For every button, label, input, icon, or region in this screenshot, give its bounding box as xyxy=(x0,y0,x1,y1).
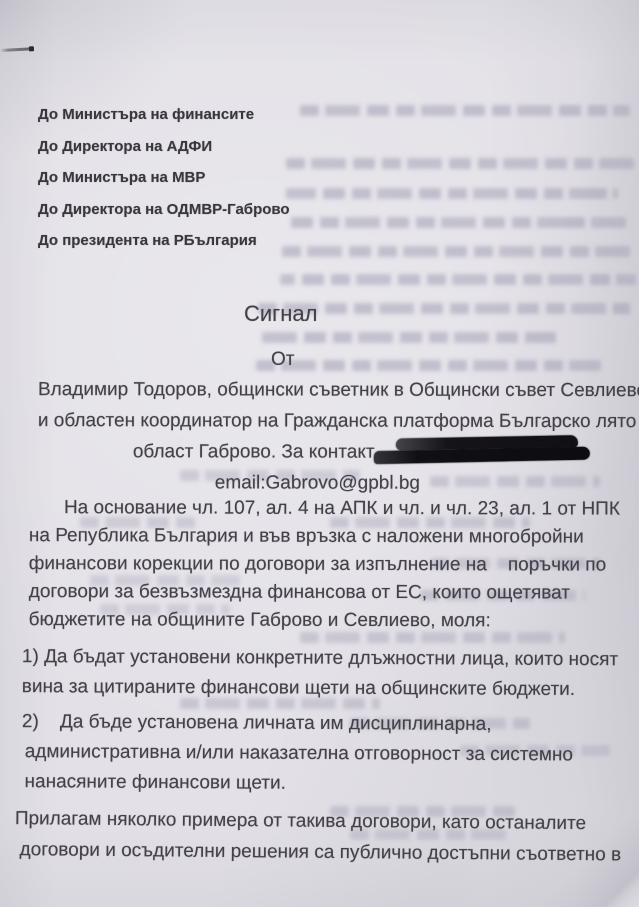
sender-paragraph: Владимир Тодоров, общински съветник в Об… xyxy=(0,374,639,499)
staple-mark xyxy=(0,47,33,51)
legal-line: На основание чл. 107, ал. 4 на АПК и чл.… xyxy=(0,494,639,524)
recipient-line: До Директора на ОДМВР-Габрово xyxy=(0,194,639,226)
redaction-mark xyxy=(378,443,590,459)
sender-line: Владимир Тодоров, общински съветник в Об… xyxy=(0,374,639,406)
request-line: 2) Да бъде установена личната им дисципл… xyxy=(0,707,639,741)
ghost-text-line xyxy=(257,332,557,343)
request-line: 1) Да бъдат установени конкретните длъжн… xyxy=(0,642,639,675)
legal-line: бюджетите на общините Габрово и Севлиево… xyxy=(0,606,639,636)
sender-line: и областен координатор на Гражданска пла… xyxy=(0,405,639,437)
request-item-2: 2) Да бъде установена личната им дисципл… xyxy=(0,707,639,801)
closing-paragraph: Прилагам няколко примера от такива догов… xyxy=(0,804,639,871)
scanned-letter-page: До Министъра на финансите До Директора н… xyxy=(0,0,639,907)
legal-basis-paragraph: На основание чл. 107, ал. 4 на АПК и чл.… xyxy=(0,494,639,636)
legal-line: финансови корекции по договори за изпълн… xyxy=(0,550,639,580)
sender-line: област Габрово. За контакт xyxy=(0,436,639,468)
closing-line: Прилагам няколко примера от такива догов… xyxy=(0,804,639,840)
request-item-1: 1) Да бъдат установени конкретните длъжн… xyxy=(0,642,639,704)
request-line: вина за цитираните финансови щети на общ… xyxy=(0,671,639,704)
legal-line: договори за безвъзмездна финансова от ЕС… xyxy=(0,578,639,608)
legal-line: на Република България и във връзка с нал… xyxy=(0,522,639,552)
recipient-line: До Директора на АДФИ xyxy=(0,131,639,163)
ghost-text-line xyxy=(280,274,636,285)
recipient-line: До Министъра на МВР xyxy=(0,162,639,194)
recipient-line: До Министъра на финансите xyxy=(0,99,639,131)
request-line: нанасяните финансови щети. xyxy=(0,767,639,801)
ghost-text-line xyxy=(256,360,601,371)
from-label: От xyxy=(271,349,294,371)
closing-line: договори и осъдителни решения са публичн… xyxy=(0,834,639,870)
document-title: Сигнал xyxy=(244,302,317,326)
recipient-line: До президента на РБългария xyxy=(0,225,639,257)
sender-contact-text: област Габрово. За контакт xyxy=(133,441,375,462)
recipient-list: До Министъра на финансите До Директора н… xyxy=(0,99,639,257)
request-line: административна и/или наказателна отгово… xyxy=(0,737,639,771)
